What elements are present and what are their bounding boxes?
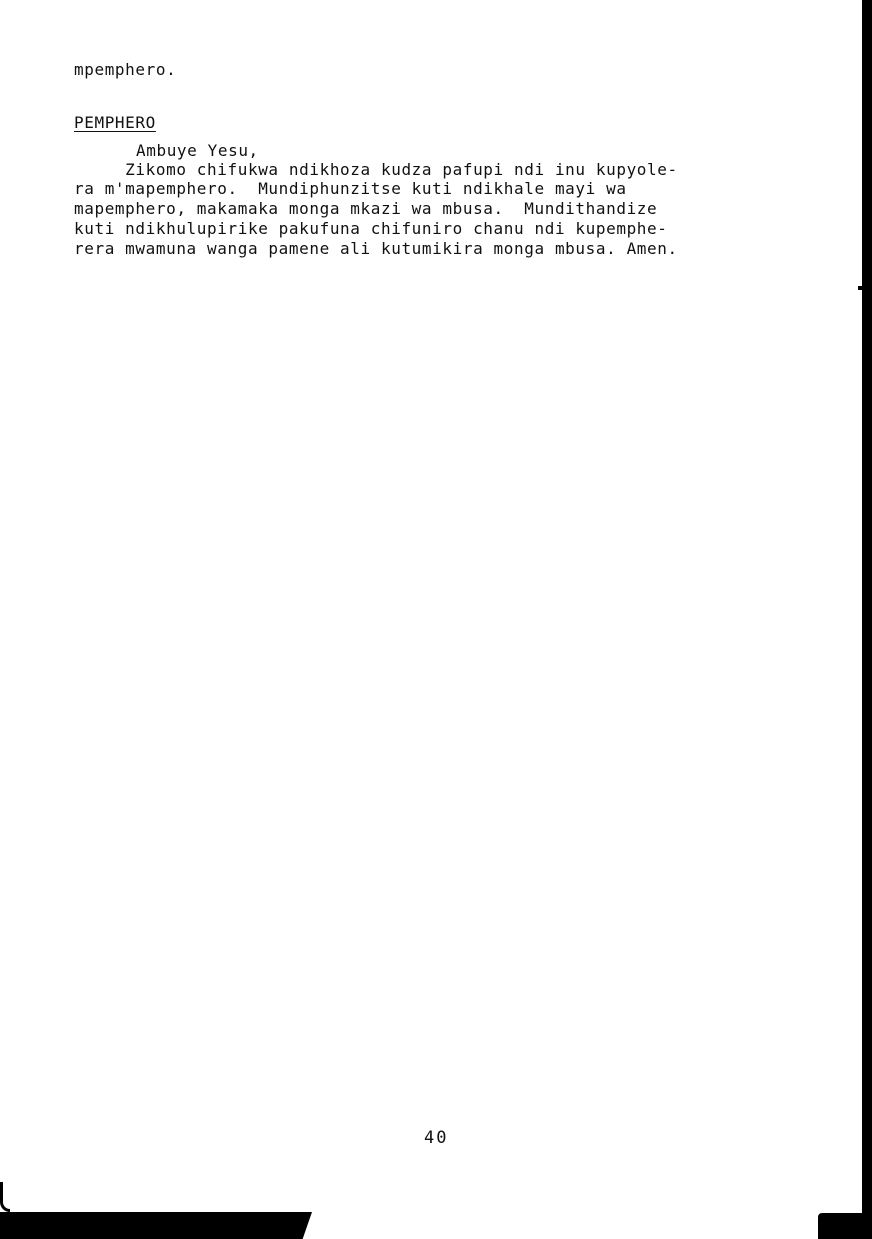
section-heading: PEMPHERO	[74, 113, 156, 132]
prayer-line: Zikomo chifukwa ndikhoza kudza pafupi nd…	[74, 160, 678, 179]
scan-edge-corner	[0, 1182, 10, 1212]
page-number: 40	[424, 1128, 448, 1148]
prayer-line: kuti ndikhulupirike pakufuna chifuniro c…	[74, 219, 668, 238]
prayer-line: rera mwamuna wanga pamene ali kutumikira…	[74, 239, 678, 258]
prayer-line: ra m'mapemphero. Mundiphunzitse kuti ndi…	[74, 179, 627, 198]
scan-edge-bottom-right	[818, 1213, 872, 1239]
scan-edge-right	[862, 0, 872, 1239]
salutation: Ambuye Yesu,	[136, 141, 259, 160]
intro-fragment: mpemphero.	[74, 60, 176, 79]
scan-edge-bottom-left	[0, 1212, 312, 1239]
prayer-line: mapemphero, makamaka monga mkazi wa mbus…	[74, 199, 657, 218]
